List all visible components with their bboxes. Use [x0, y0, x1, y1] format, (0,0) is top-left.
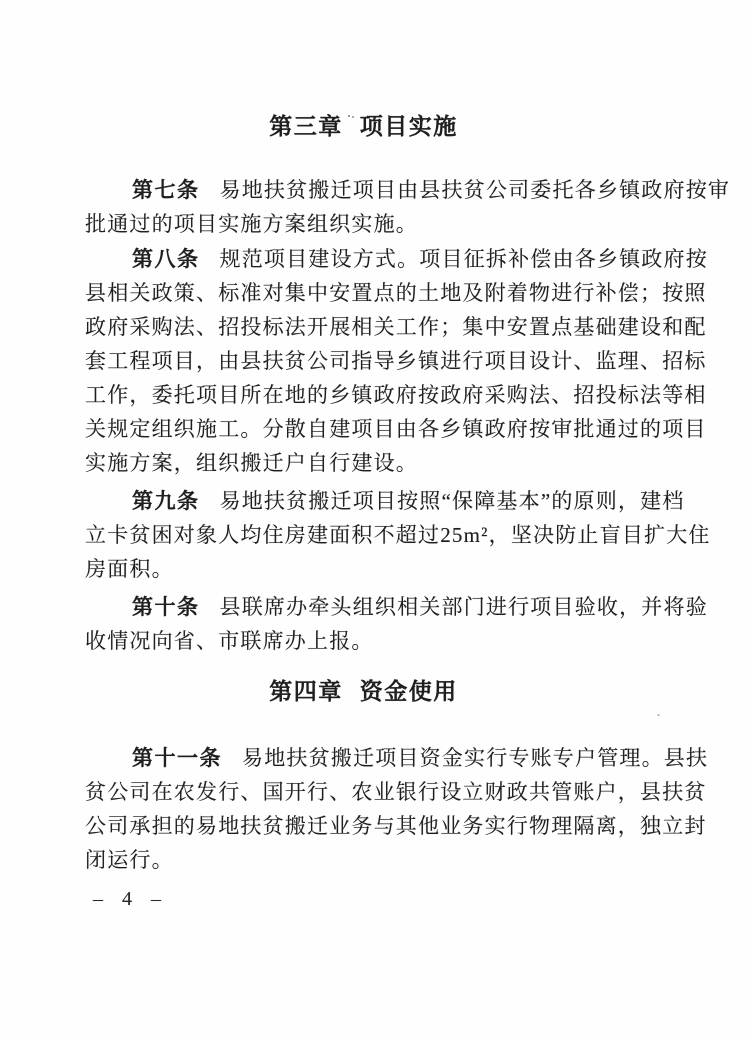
article-8-line-6: 关规定组织施工。分散自建项目由各乡镇政府按审批通过的项目 [85, 412, 642, 446]
article-11: 第十一条易地扶贫搬迁项目资金实行专账专户管理。县扶 贫公司在农发行、国开行、农业… [85, 741, 642, 877]
chapter-4-heading: 第四章资金使用 [85, 677, 642, 707]
scanned-document-page: 第三章项目实施 第七条易地扶贫搬迁项目由县扶贫公司委托各乡镇政府按审 批通过的项… [0, 0, 750, 1040]
article-8-line-3: 政府采购法、招投标法开展相关工作；集中安置点基础建设和配 [85, 310, 642, 344]
article-10-line-1: 第十条县联席办牵头组织相关部门进行项目验收，并将验 [85, 590, 642, 624]
article-10: 第十条县联席办牵头组织相关部门进行项目验收，并将验 收情况向省、市联席办上报。 [85, 590, 642, 658]
article-10-term: 第十条 [132, 595, 200, 619]
article-7: 第七条易地扶贫搬迁项目由县扶贫公司委托各乡镇政府按审 批通过的项目实施方案组织实… [85, 173, 642, 241]
article-8-line-1: 第八条规范项目建设方式。项目征拆补偿由各乡镇政府按 [85, 242, 642, 276]
article-9-line-3: 房面积。 [85, 552, 642, 586]
article-8-term: 第八条 [132, 247, 200, 271]
article-9-term: 第九条 [132, 489, 200, 513]
chapter-3-title: 项目实施 [360, 114, 458, 139]
article-7-line-2: 批通过的项目实施方案组织实施。 [85, 207, 642, 241]
article-7-line-1: 第七条易地扶贫搬迁项目由县扶贫公司委托各乡镇政府按审 [85, 173, 642, 207]
article-8-line-5: 工作，委托项目所在地的乡镇政府按政府采购法、招投标法等相 [85, 378, 642, 412]
article-8-line-4: 套工程项目，由县扶贫公司指导乡镇进行项目设计、监理、招标 [85, 344, 642, 378]
article-10-text: 县联席办牵头组织相关部门进行项目验收，并将验 [220, 595, 708, 619]
article-8: 第八条规范项目建设方式。项目征拆补偿由各乡镇政府按 县相关政策、标准对集中安置点… [85, 242, 642, 480]
article-9-line-2: 立卡贫困对象人均住房建面积不超过25m²，坚决防止盲目扩大住 [85, 518, 642, 552]
article-9: 第九条易地扶贫搬迁项目按照“保障基本”的原则，建档 立卡贫困对象人均住房建面积不… [85, 484, 642, 586]
article-8-line-2: 县相关政策、标准对集中安置点的土地及附着物进行补偿；按照 [85, 276, 642, 310]
article-11-text: 易地扶贫搬迁项目资金实行专账专户管理。县扶 [242, 746, 708, 770]
scan-speck [657, 714, 660, 716]
article-11-line-3: 公司承担的易地扶贫搬迁业务与其他业务实行物理隔离，独立封 [85, 809, 642, 843]
article-11-line-2: 贫公司在农发行、国开行、农业银行设立财政共管账户，县扶贫 [85, 775, 642, 809]
article-8-line-7: 实施方案，组织搬迁户自行建设。 [85, 446, 642, 480]
chapter-4-number: 第四章 [269, 679, 343, 704]
article-11-line-1: 第十一条易地扶贫搬迁项目资金实行专账专户管理。县扶 [85, 741, 642, 775]
page-number: – 4 – [93, 888, 165, 911]
article-11-line-4: 闭运行。 [85, 843, 642, 877]
chapter-4-title: 资金使用 [360, 679, 458, 704]
chapter-3-number: 第三章 [269, 114, 343, 139]
article-7-text: 易地扶贫搬迁项目由县扶贫公司委托各乡镇政府按审 [220, 178, 731, 202]
article-11-term: 第十一条 [132, 746, 222, 770]
article-9-line-1: 第九条易地扶贫搬迁项目按照“保障基本”的原则，建档 [85, 484, 642, 518]
article-10-line-2: 收情况向省、市联席办上报。 [85, 624, 642, 658]
article-8-text: 规范项目建设方式。项目征拆补偿由各乡镇政府按 [220, 247, 708, 271]
article-9-text: 易地扶贫搬迁项目按照“保障基本”的原则，建档 [220, 489, 685, 513]
chapter-3-heading: 第三章项目实施 [85, 112, 642, 142]
article-7-term: 第七条 [132, 178, 200, 202]
